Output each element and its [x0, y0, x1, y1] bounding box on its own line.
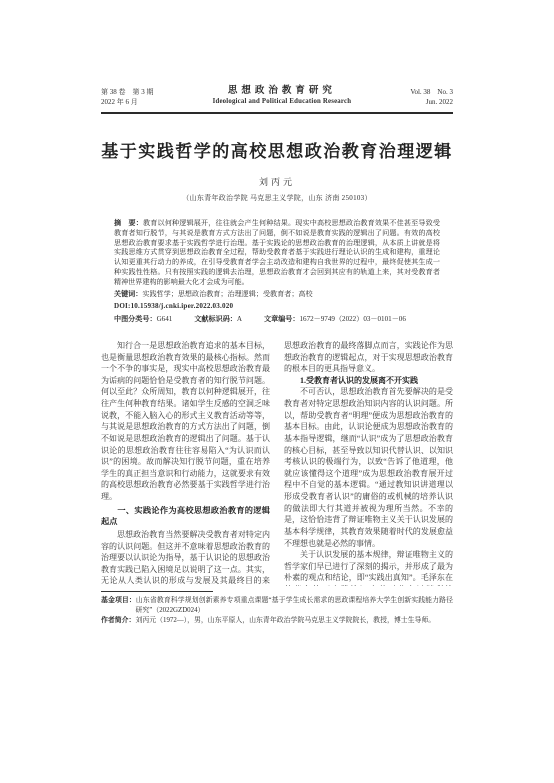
- issue-info-en: Vol. 38 No. 3 Jun. 2022: [410, 87, 453, 107]
- volume-issue-cn: 第 38 卷 第 3 期: [101, 87, 154, 97]
- section-heading-1: 一、实践论作为高校思想政治教育的逻辑起点: [101, 505, 270, 528]
- document-code: 文献标识码：A: [194, 315, 242, 325]
- journal-name-cn: 思想政治教育研究: [213, 86, 352, 97]
- paragraph-continuation: 思想政治教育的最终落脚点而言，实践论作为思想政治教育的逻辑起点，对于实现思想政治…: [284, 340, 453, 375]
- keywords-line: 关键词：实践哲学；思想政治教育；治理逻辑；受教育者；高校: [114, 290, 440, 300]
- paragraph-section1: 思想政治教育当然要解决受教育者对特定内容的认识问题。但这并不意味着思想政治教育的…: [101, 529, 270, 586]
- date-en: Jun. 2022: [410, 97, 453, 107]
- article-title: 基于实践哲学的高校思想政治教育治理逻辑: [101, 137, 453, 162]
- date-cn: 2022 年 6 月: [101, 97, 154, 107]
- classification-line: 中图分类号：G641 文献标识码：A 文章编号：1672－9749（2022）0…: [114, 315, 440, 325]
- footnote-author-bio: 作者简介：刘丙元（1972—），男，山东平原人，山东青年政治学院马克思主义学院院…: [101, 616, 453, 626]
- body-right-column: 思想政治教育的最终落脚点而言，实践论作为思想政治教育的逻辑起点，对于实现思想政治…: [284, 340, 453, 586]
- author-affiliation: （山东青年政治学院 马克思主义学院，山东 济南 250103）: [101, 193, 453, 203]
- doi-line: DOI:10.15938/j.cnki.iper.2022.03.020: [114, 302, 440, 312]
- keywords-text: 实践哲学；思想政治教育；治理逻辑；受教育者；高校: [142, 290, 312, 298]
- journal-page: 第 38 卷 第 3 期 2022 年 6 月 思想政治教育研究 Ideolog…: [0, 0, 554, 783]
- body-columns: 知行合一是思想政治教育追求的基本目标，也是衡量思想政治教育效果的最核心指标。然而…: [101, 340, 453, 586]
- paragraph-intro: 知行合一是思想政治教育追求的基本目标，也是衡量思想政治教育效果的最核心指标。然而…: [101, 340, 270, 503]
- author-name: 刘丙元: [101, 175, 453, 188]
- paragraph-cognition: 不可否认，思想政治教育首先要解决的是受教育者对特定思想政治知识内容的认识问题。所…: [284, 386, 453, 549]
- issue-info-cn: 第 38 卷 第 3 期 2022 年 6 月: [101, 87, 154, 107]
- journal-header: 第 38 卷 第 3 期 2022 年 6 月 思想政治教育研究 Ideolog…: [101, 86, 453, 107]
- footnote-rule: [101, 591, 213, 592]
- paragraph-practice-law: 关于认识发展的基本规律，辩证唯物主义的哲学家们早已进行了深刻的揭示，并形成了最为…: [284, 549, 453, 586]
- footnote-block: 基金项目：山东省教育科学规划创新素养专项重点课题“基于学生成长需求的思政课程培养…: [101, 591, 453, 626]
- page-content: 第 38 卷 第 3 期 2022 年 6 月 思想政治教育研究 Ideolog…: [101, 86, 453, 626]
- abstract-text: 教育以何种逻辑展开，往往就会产生何种结果。现实中高校思想政治教育效果不佳甚至导致…: [114, 219, 440, 286]
- article-id: 文章编号：1672－9749（2022）03－0101－06: [264, 315, 406, 325]
- journal-name-block: 思想政治教育研究 Ideological and Political Educa…: [213, 86, 352, 107]
- body-left-column: 知行合一是思想政治教育追求的基本目标，也是衡量思想政治教育效果的最核心指标。然而…: [101, 340, 270, 586]
- journal-name-en: Ideological and Political Education Rese…: [213, 97, 352, 107]
- meta-block: 摘 要：教育以何种逻辑展开，往往就会产生何种结果。现实中高校思想政治教育效果不佳…: [101, 219, 453, 325]
- footnote-fund: 基金项目：山东省教育科学规划创新素养专项重点课题“基于学生成长需求的思政课程培养…: [101, 596, 453, 616]
- header-rule: [101, 112, 453, 114]
- volume-issue-en: Vol. 38 No. 3: [410, 87, 453, 97]
- sub-heading-1: 1.受教育者认识的发展离不开实践: [284, 375, 453, 387]
- keywords-label: 关键词：: [114, 290, 142, 298]
- abstract-label: 摘 要：: [114, 219, 143, 227]
- abstract: 摘 要：教育以何种逻辑展开，往往就会产生何种结果。现实中高校思想政治教育效果不佳…: [114, 219, 440, 288]
- clc-number: 中图分类号：G641: [114, 315, 172, 325]
